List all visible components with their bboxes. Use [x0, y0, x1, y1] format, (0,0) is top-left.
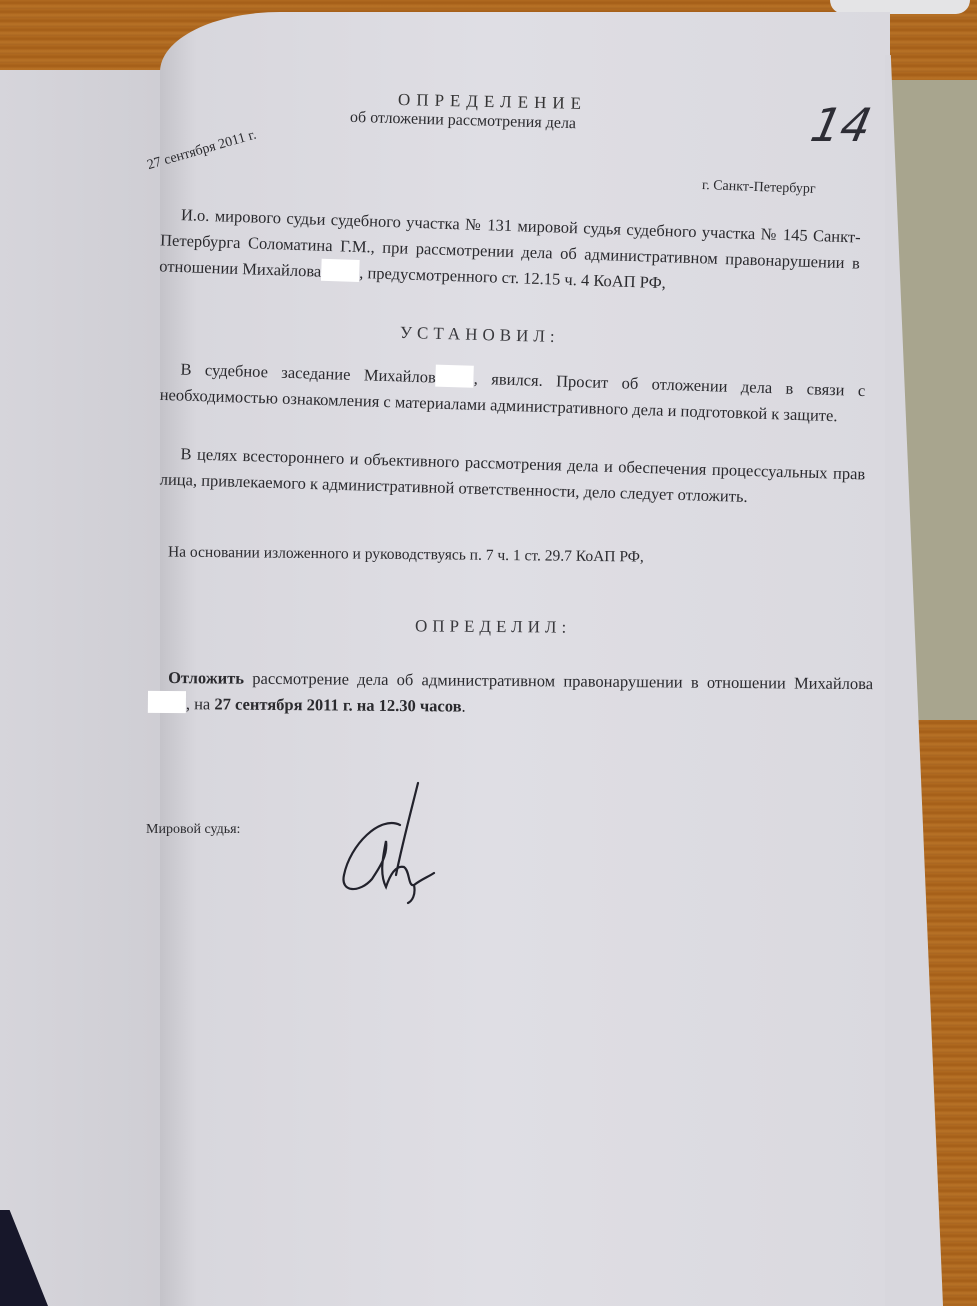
redaction-box	[321, 259, 360, 282]
judge-signature-icon	[330, 775, 450, 905]
decision-verb: Отложить	[168, 668, 244, 688]
decision-text-1: рассмотрение дела об административном пр…	[244, 669, 873, 693]
handwritten-page-number: 14	[806, 98, 876, 152]
redaction-box	[148, 691, 186, 713]
redaction-box	[436, 365, 475, 388]
heading-decided: ОПРЕДЕЛИЛ:	[415, 616, 571, 637]
decision-date: 27 сентября 2011 г. на 12.30 часов	[214, 694, 461, 715]
heading-established: УСТАНОВИЛ:	[400, 323, 560, 347]
decision-text-2: , на	[186, 694, 215, 713]
established-text-1: В судебное заседание Михайлов	[180, 360, 436, 387]
decision-end: .	[461, 697, 465, 716]
signature-label: Мировой судья:	[146, 822, 240, 838]
decision-paragraph: Отложить рассмотрение дела об администра…	[148, 665, 873, 723]
